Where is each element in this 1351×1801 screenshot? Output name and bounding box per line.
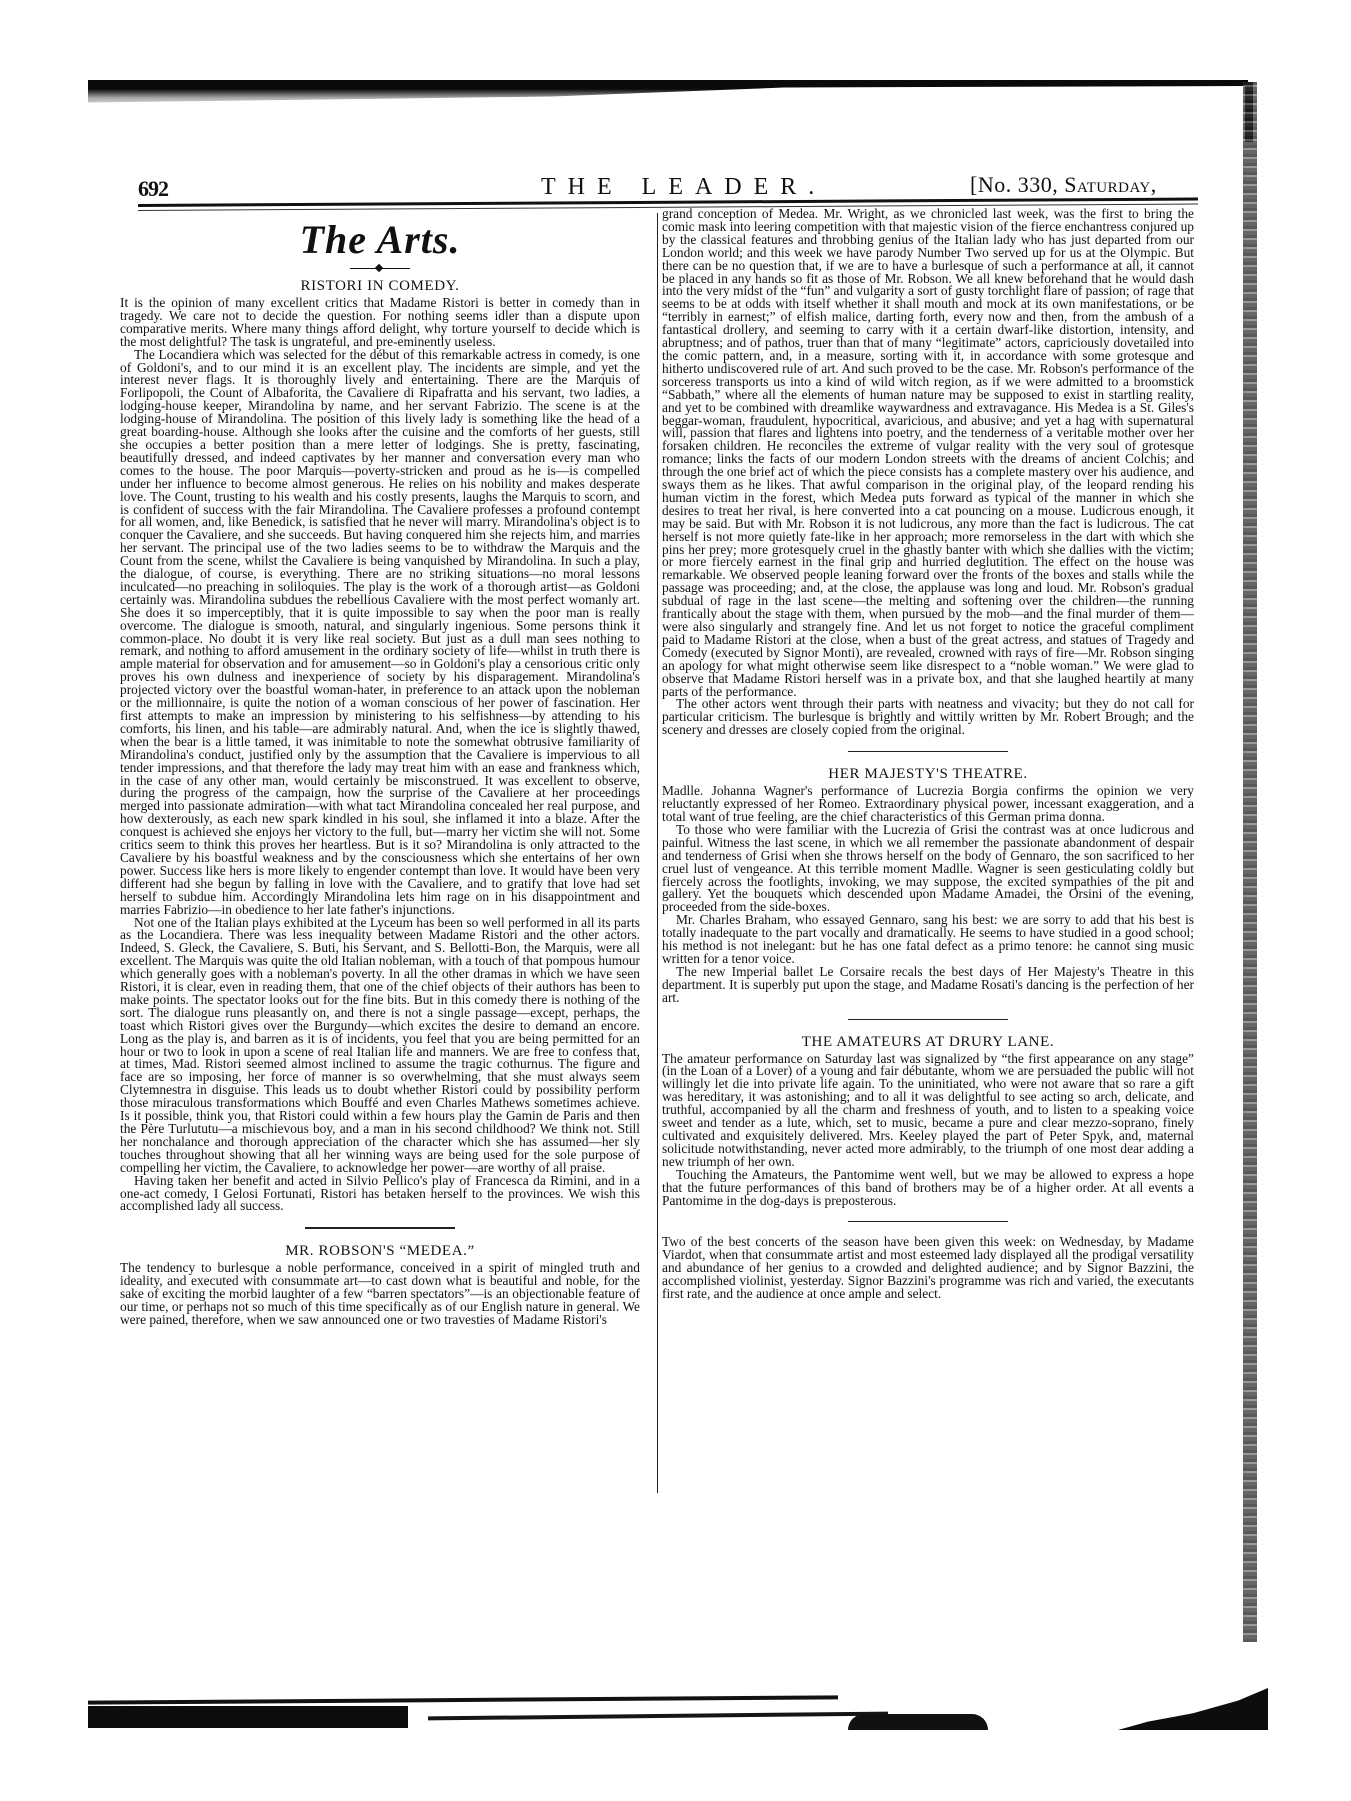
article-headline: MR. ROBSON'S “MEDEA.” — [120, 1243, 640, 1260]
ornament-divider — [350, 264, 410, 274]
article-paragraph: The new Imperial ballet Le Corsaire reca… — [662, 966, 1194, 1005]
scan-edge-right — [1243, 82, 1257, 1642]
article-robson-medea-continued: grand conception of Medea. Mr. Wright, a… — [662, 208, 1194, 737]
article-her-majestys-theatre: HER MAJESTY'S THEATRE. Madlle. Johanna W… — [662, 766, 1194, 1004]
article-headline: THE AMATEURS AT DRURY LANE. — [662, 1034, 1194, 1051]
paper-title: THE LEADER. — [541, 174, 826, 201]
article-paragraph: The Locandiera which was selected for th… — [120, 349, 640, 917]
issue-number: [No. 330, — [970, 172, 1064, 197]
article-paragraph: Having taken her benefit and acted in Si… — [120, 1175, 640, 1214]
article-paragraph: Touching the Amateurs, the Pantomime wen… — [662, 1169, 1194, 1208]
page-number: 692 — [138, 176, 168, 202]
article-separator — [848, 1221, 1008, 1222]
section-title: The Arts. — [120, 218, 640, 262]
article-paragraph: The other actors went through their part… — [662, 698, 1194, 737]
article-separator — [305, 1227, 455, 1229]
article-separator — [848, 751, 1008, 752]
column-divider — [657, 213, 658, 1493]
article-paragraph: Madlle. Johanna Wagner's performance of … — [662, 785, 1194, 824]
article-paragraph: It is the opinion of many excellent crit… — [120, 297, 640, 349]
article-concerts: Two of the best concerts of the season h… — [662, 1236, 1194, 1301]
issue-day: Saturday, — [1064, 172, 1157, 197]
scan-shadow-top — [88, 80, 1248, 110]
article-paragraph: The amateur performance on Saturday last… — [662, 1053, 1194, 1169]
column-right: grand conception of Medea. Mr. Wright, a… — [662, 208, 1194, 1301]
article-ristori-in-comedy: RISTORI IN COMEDY. It is the opinion of … — [120, 278, 640, 1213]
article-headline: RISTORI IN COMEDY. — [120, 278, 640, 295]
article-headline: HER MAJESTY'S THEATRE. — [662, 766, 1194, 783]
article-paragraph: Mr. Charles Braham, who essayed Gennaro,… — [662, 914, 1194, 966]
article-amateurs-drury-lane: THE AMATEURS AT DRURY LANE. The amateur … — [662, 1034, 1194, 1208]
article-robson-medea: MR. ROBSON'S “MEDEA.” The tendency to bu… — [120, 1243, 640, 1327]
article-paragraph: To those who were familiar with the Lucr… — [662, 824, 1194, 914]
issue-info: [No. 330, Saturday, — [970, 172, 1157, 198]
article-separator — [848, 1019, 1008, 1020]
article-paragraph: Two of the best concerts of the season h… — [662, 1236, 1194, 1301]
article-paragraph-continued: grand conception of Medea. Mr. Wright, a… — [662, 208, 1194, 698]
scan-shadow-bottom — [88, 1688, 1268, 1730]
article-paragraph: Not one of the Italian plays exhibited a… — [120, 917, 640, 1175]
column-left: The Arts. RISTORI IN COMEDY. It is the o… — [120, 218, 640, 1327]
article-paragraph: The tendency to burlesque a noble perfor… — [120, 1262, 640, 1327]
